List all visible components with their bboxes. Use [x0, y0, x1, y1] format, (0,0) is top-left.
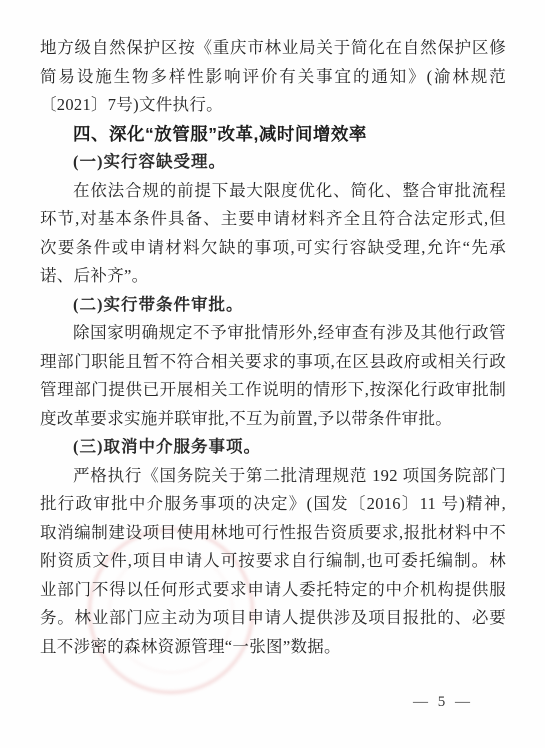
document-body: 地方级自然保护区按《重庆市林业局关于简化在自然保护区修筑 简易设施生物多样性影响… [40, 34, 506, 661]
subsection-heading-1: (一)实行容缺受理。 [40, 148, 506, 177]
text-line: 严格执行《国务院关于第二批清理规范 192 项国务院部门审 [40, 462, 506, 491]
text-line: 业部门不得以任何形式要求申请人委托特定的中介机构提供服 [40, 576, 506, 605]
text-line: 除国家明确规定不予审批情形外,经审查有涉及其他行政管 [40, 319, 506, 348]
document-page: 地方级自然保护区按《重庆市林业局关于简化在自然保护区修筑 简易设施生物多样性影响… [0, 0, 545, 748]
text-line: 在依法合规的前提下最大限度优化、简化、整合审批流程和 [40, 177, 506, 206]
text-line: 批行政审批中介服务事项的决定》(国发〔2016〕11 号)精神, [40, 490, 506, 519]
text-line: 且不涉密的森林资源管理“一张图”数据。 [40, 633, 506, 662]
text-line: 务。林业部门应主动为项目申请人提供涉及项目报批的、必要的、 [40, 604, 506, 633]
page-number: — 5 — [413, 694, 473, 711]
text-line: 管理部门提供已开展相关工作说明的情形下,按深化行政审批制 [40, 376, 506, 405]
text-line: 理部门职能且暂不符合相关要求的事项,在区县政府或相关行政 [40, 348, 506, 377]
text-line: 简易设施生物多样性影响评价有关事宜的通知》(渝林规范 [40, 63, 506, 92]
text-line: 度改革要求实施并联审批,不互为前置,予以带条件审批。 [40, 405, 506, 434]
text-line: 次要条件或申请材料欠缺的事项,可实行容缺受理,允许“先承 [40, 234, 506, 263]
text-line: 附资质文件,项目申请人可按要求自行编制,也可委托编制。林 [40, 547, 506, 576]
section-heading: 四、深化“放管服”改革,减时间增效率 [40, 120, 506, 149]
text-line: 取消编制建设项目使用林地可行性报告资质要求,报批材料中不 [40, 519, 506, 548]
subsection-heading-3: (三)取消中介服务事项。 [40, 433, 506, 462]
text-line: 〔2021〕7号)文件执行。 [40, 91, 506, 120]
text-line: 地方级自然保护区按《重庆市林业局关于简化在自然保护区修筑 [40, 34, 506, 63]
subsection-heading-2: (二)实行带条件审批。 [40, 291, 506, 320]
text-line: 环节,对基本条件具备、主要申请材料齐全且符合法定形式,但 [40, 205, 506, 234]
text-line: 诺、后补齐”。 [40, 262, 506, 291]
